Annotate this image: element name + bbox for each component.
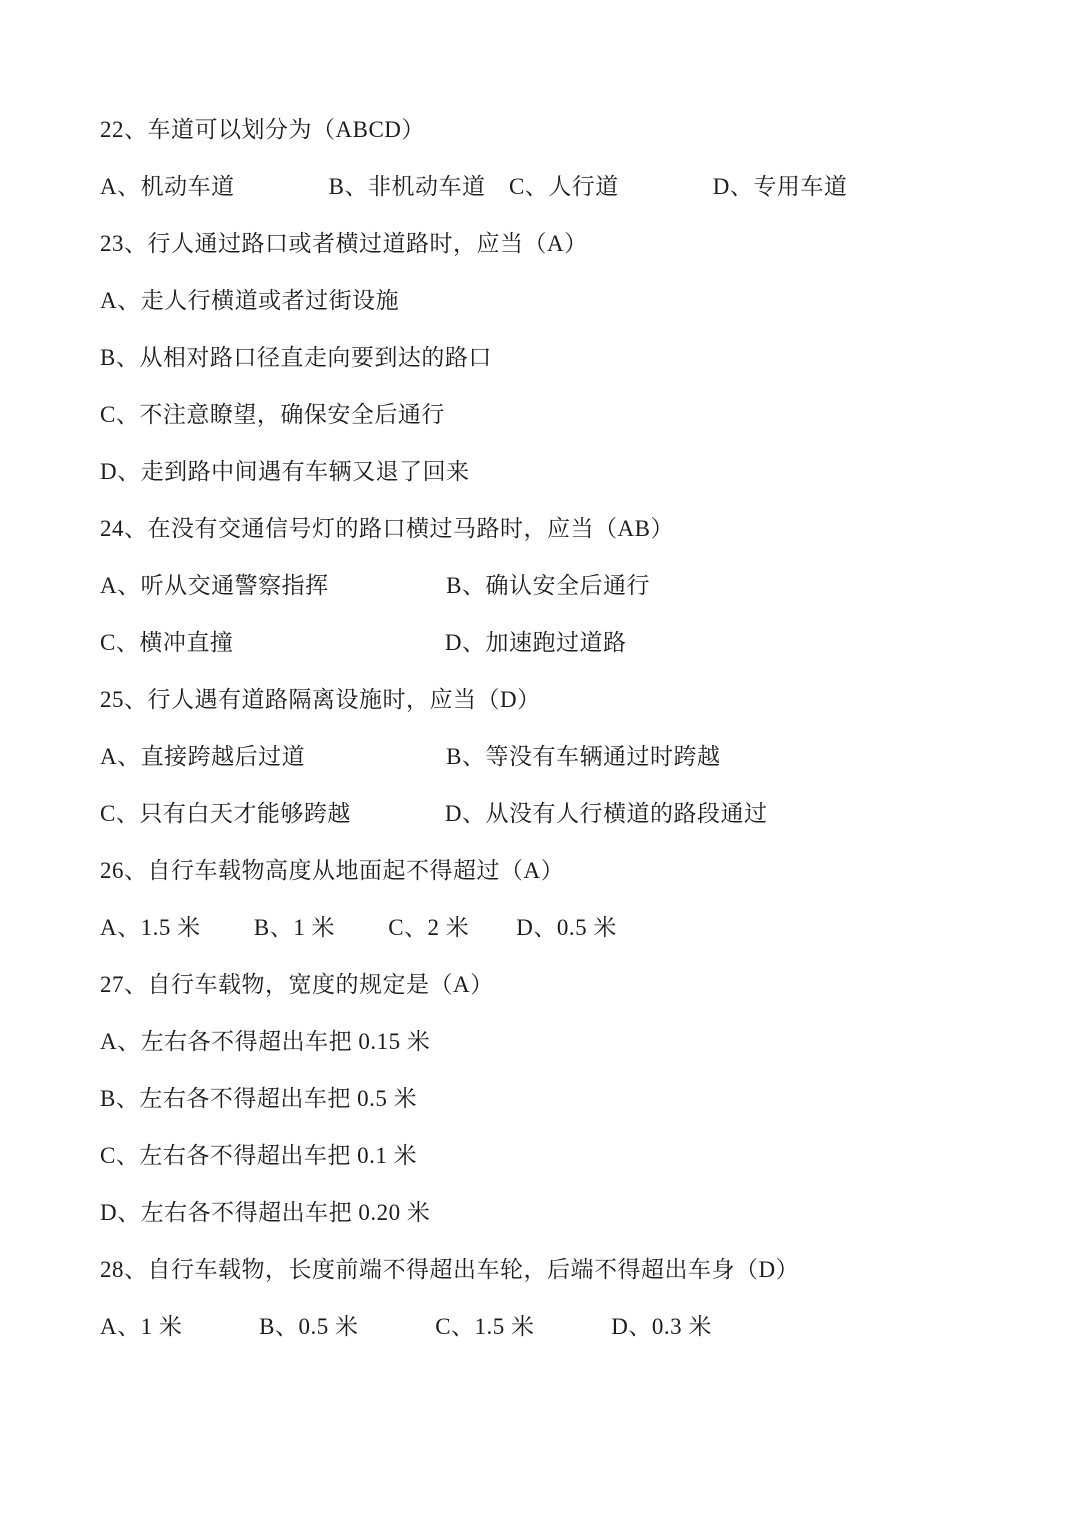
- option-line: B、从相对路口径直走向要到达的路口: [100, 329, 1020, 386]
- option-line: C、不注意瞭望，确保安全后通行: [100, 386, 1020, 443]
- question-stem: 26、自行车载物高度从地面起不得超过（A）: [100, 842, 1020, 899]
- option-line: C、左右各不得超出车把 0.1 米: [100, 1127, 1020, 1184]
- question-stem: 23、行人通过路口或者横过道路时，应当（A）: [100, 215, 1020, 272]
- option-line: A、1.5 米 B、1 米 C、2 米 D、0.5 米: [100, 899, 1020, 956]
- document-page: 22、车道可以划分为（ABCD）A、机动车道 B、非机动车道 C、人行道 D、专…: [0, 0, 1080, 1527]
- option-line: A、1 米 B、0.5 米 C、1.5 米 D、0.3 米: [100, 1298, 1020, 1355]
- option-line: D、左右各不得超出车把 0.20 米: [100, 1184, 1020, 1241]
- question-stem: 25、行人遇有道路隔离设施时，应当（D）: [100, 671, 1020, 728]
- option-line: D、走到路中间遇有车辆又退了回来: [100, 443, 1020, 500]
- option-line: A、机动车道 B、非机动车道 C、人行道 D、专用车道: [100, 158, 1020, 215]
- question-stem: 22、车道可以划分为（ABCD）: [100, 101, 1020, 158]
- option-line: C、横冲直撞 D、加速跑过道路: [100, 614, 1020, 671]
- question-stem: 28、自行车载物，长度前端不得超出车轮，后端不得超出车身（D）: [100, 1241, 1020, 1298]
- option-line: A、左右各不得超出车把 0.15 米: [100, 1013, 1020, 1070]
- option-line: A、走人行横道或者过街设施: [100, 272, 1020, 329]
- question-stem: 24、在没有交通信号灯的路口横过马路时，应当（AB）: [100, 500, 1020, 557]
- option-line: A、听从交通警察指挥 B、确认安全后通行: [100, 557, 1020, 614]
- question-stem: 27、自行车载物，宽度的规定是（A）: [100, 956, 1020, 1013]
- option-line: C、只有白天才能够跨越 D、从没有人行横道的路段通过: [100, 785, 1020, 842]
- option-line: B、左右各不得超出车把 0.5 米: [100, 1070, 1020, 1127]
- option-line: A、直接跨越后过道 B、等没有车辆通过时跨越: [100, 728, 1020, 785]
